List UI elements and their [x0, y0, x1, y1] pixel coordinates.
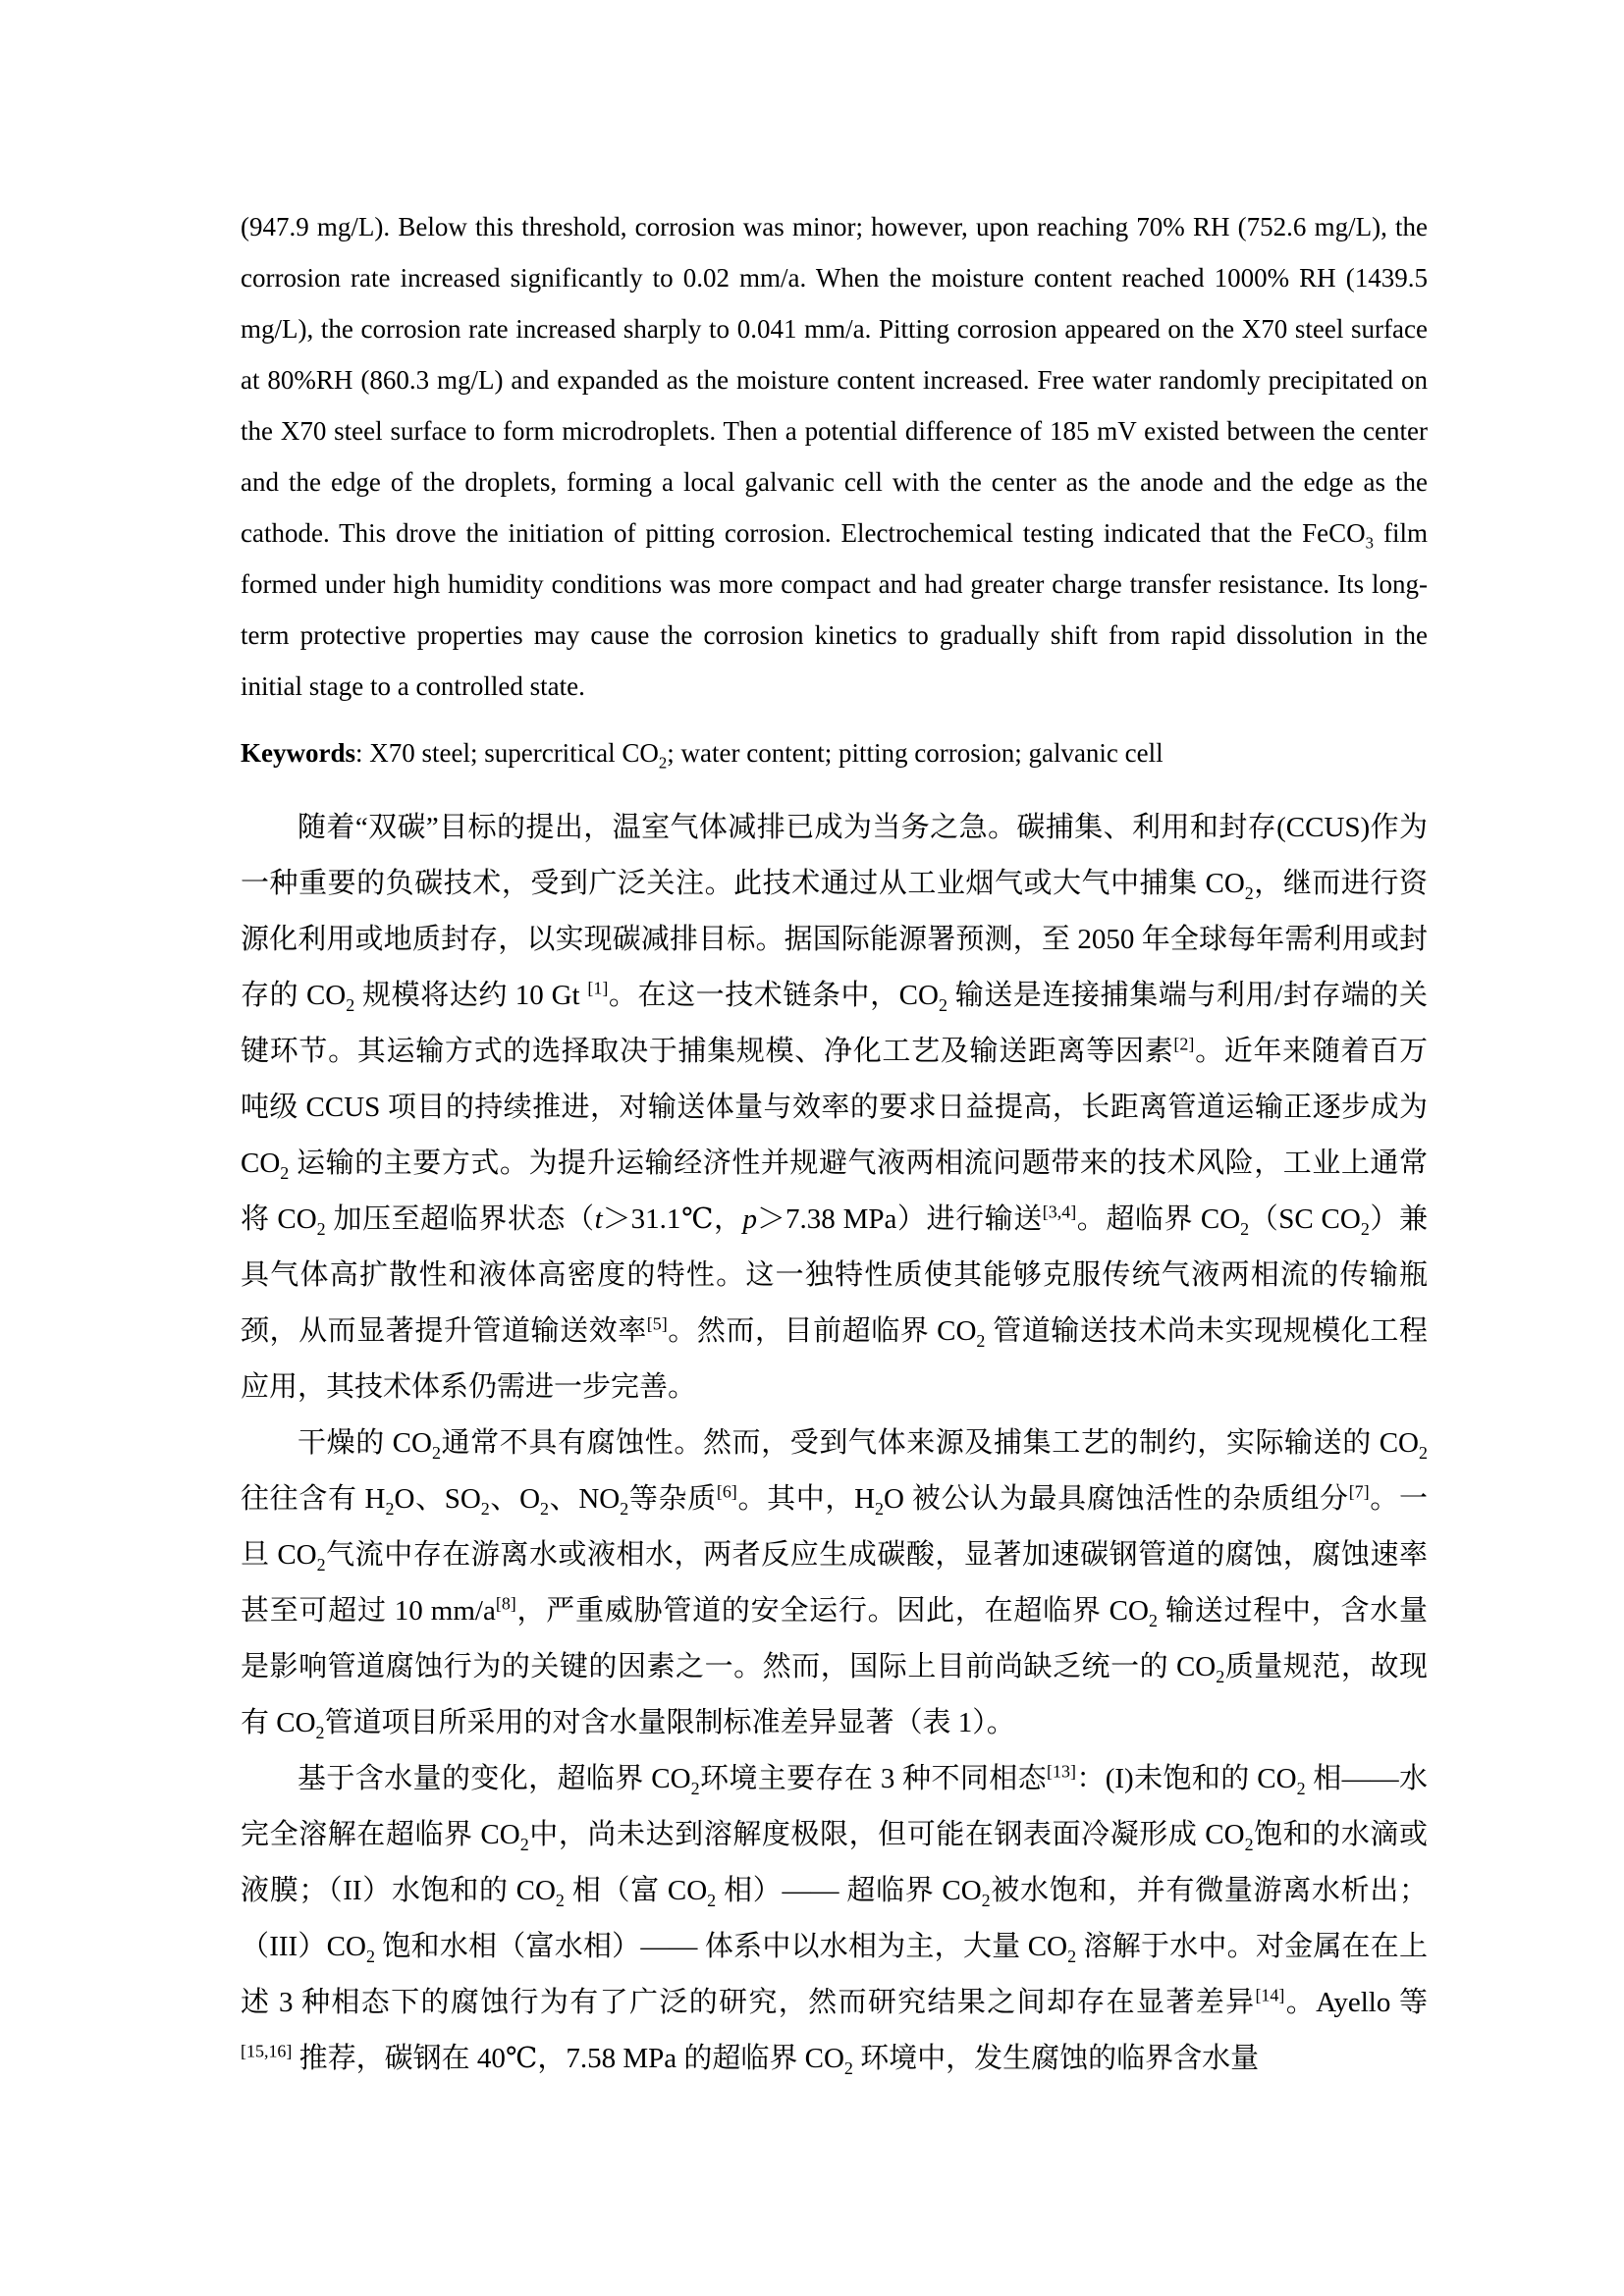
keywords-line: Keywords: X70 steel; supercritical CO2; …	[241, 727, 1428, 778]
abstract-continuation-paragraph: (947.9 mg/L). Below this threshold, corr…	[241, 201, 1428, 712]
document-page: (947.9 mg/L). Below this threshold, corr…	[0, 0, 1624, 2296]
paragraph-three-phase-states: 基于含水量的变化，超临界 CO2环境主要存在 3 种不同相态[13]：(I)未饱…	[241, 1751, 1428, 2087]
intro-paragraph-ccus-background: 随着“双碳”目标的提出，温室气体减排已成为当务之急。碳捕集、利用和封存(CCUS…	[241, 800, 1428, 1415]
paragraph-water-impurities-corrosion: 干燥的 CO2通常不具有腐蚀性。然而，受到气体来源及捕集工艺的制约，实际输送的 …	[241, 1415, 1428, 1751]
